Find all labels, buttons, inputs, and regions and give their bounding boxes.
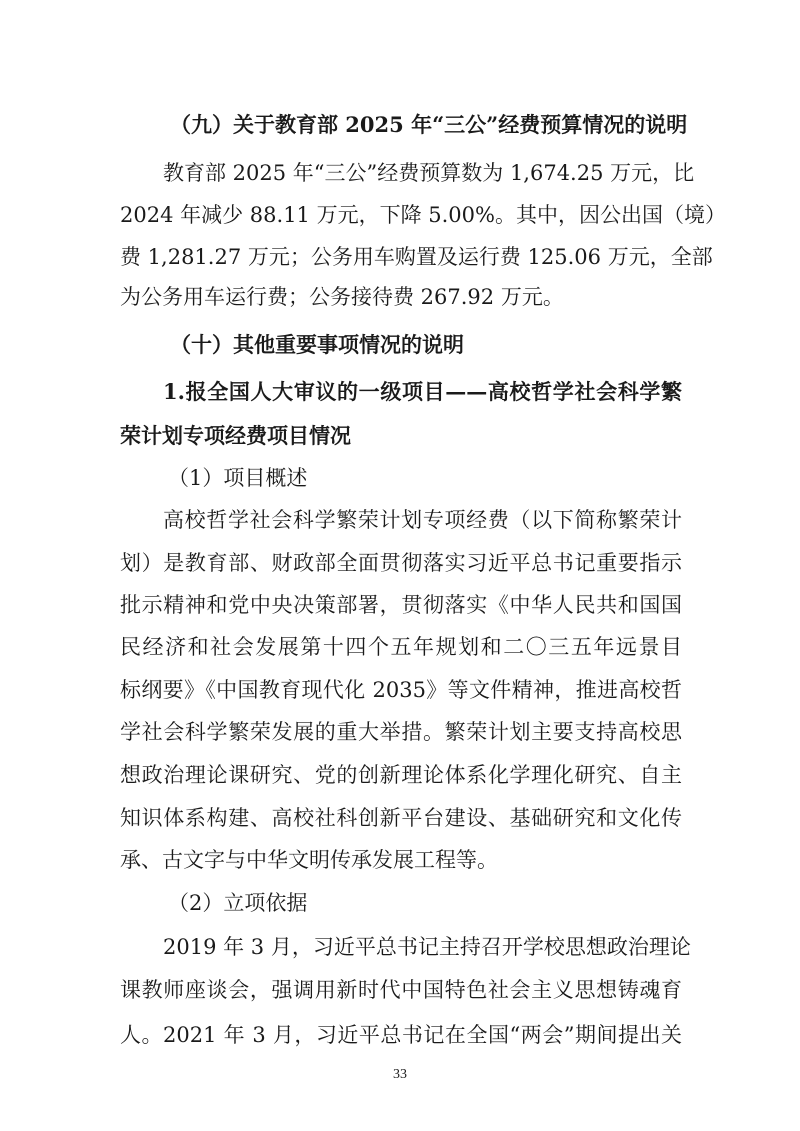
document-page: （九）关于教育部 2025 年“三公”经费预算情况的说明 教育部 2025 年“… xyxy=(0,0,800,1131)
item-1-heading-cont: 荣计划专项经费项目情况 xyxy=(120,422,682,450)
paragraph-line: 2019 年 3 月，习近平总书记主持召开学校思想政治理论 xyxy=(163,933,682,961)
paragraph-line: 承、古文字与中华文明传承发展工程等。 xyxy=(120,846,682,874)
item-1-heading: 1.报全国人大审议的一级项目——高校哲学社会科学繁 xyxy=(163,378,682,406)
section-9-heading: （九）关于教育部 2025 年“三公”经费预算情况的说明 xyxy=(170,111,682,139)
paragraph-line: 批示精神和党中央决策部署，贯彻落实《中华人民共和国国 xyxy=(120,591,682,619)
paragraph-line: 2024 年减少 88.11 万元，下降 5.00%。其中，因公出国（境） xyxy=(120,201,682,229)
paragraph-line: 费 1,281.27 万元；公务用车购置及运行费 125.06 万元，全部 xyxy=(120,243,682,271)
section-10-heading: （十）其他重要事项情况的说明 xyxy=(170,331,682,359)
paragraph-line: 高校哲学社会科学繁荣计划专项经费（以下简称繁荣计 xyxy=(163,506,682,534)
paragraph-line: 知识体系构建、高校社科创新平台建设、基础研究和文化传 xyxy=(120,804,682,832)
paragraph-line: 学社会科学繁荣发展的重大举措。繁荣计划主要支持高校思 xyxy=(120,718,682,746)
paragraph-line: 人。2021 年 3 月，习近平总书记在全国“两会”期间提出关 xyxy=(120,1021,682,1049)
paragraph-line: 教育部 2025 年“三公”经费预算数为 1,674.25 万元，比 xyxy=(163,159,682,187)
paragraph-line: 课教师座谈会，强调用新时代中国特色社会主义思想铸魂育 xyxy=(120,976,682,1004)
page-number: 33 xyxy=(0,1067,800,1083)
paragraph-line: 标纲要》《中国教育现代化 2035》等文件精神，推进高校哲 xyxy=(120,676,682,704)
paragraph-line: 想政治理论课研究、党的创新理论体系化学理化研究、自主 xyxy=(120,761,682,789)
sub-2-heading: （2）立项依据 xyxy=(168,889,730,917)
sub-1-heading: （1）项目概述 xyxy=(168,464,730,492)
paragraph-line: 为公务用车运行费；公务接待费 267.92 万元。 xyxy=(120,283,682,311)
paragraph-line: 民经济和社会发展第十四个五年规划和二〇三五年远景目 xyxy=(120,633,682,661)
paragraph-line: 划）是教育部、财政部全面贯彻落实习近平总书记重要指示 xyxy=(120,549,682,577)
